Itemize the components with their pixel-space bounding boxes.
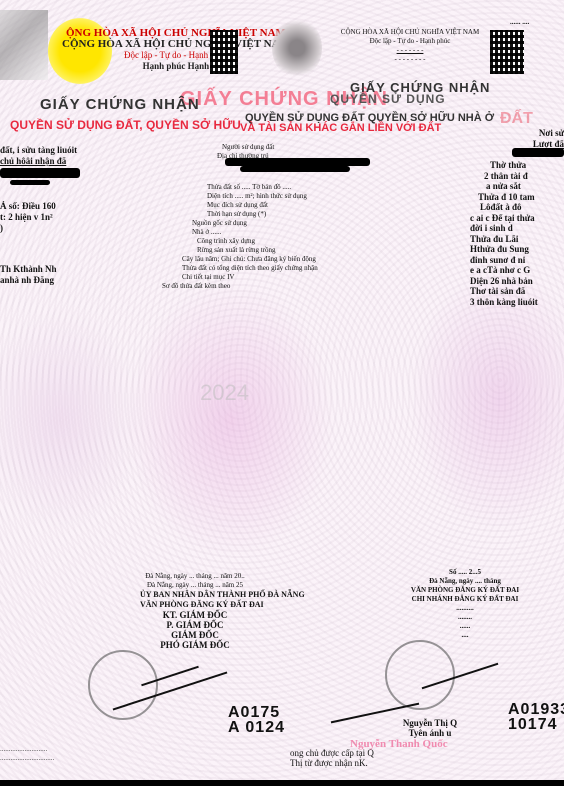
serial-right-1: A01933: [508, 702, 564, 717]
right-body-line: Nơi sử: [474, 128, 564, 139]
redaction-bar: [225, 158, 370, 166]
center-body-line: Thửa đất có tổng diện tích theo giấy chứ…: [162, 264, 318, 273]
serial-left-1: A0175: [228, 705, 285, 720]
footer-left-line: ...........................: [0, 745, 54, 754]
sig-right-line: Số ..... 2...5: [395, 568, 535, 577]
right-red-subtitle: VÀ TÀI SẢN KHÁC GẮN LIỀN VỚI ĐẤT: [240, 122, 441, 134]
serial-left-2: A 0124: [228, 720, 285, 735]
center-body-line: Sơ đồ thửa đất kèm theo: [162, 282, 318, 291]
left-body-line: Th Kthành Nh: [0, 264, 77, 275]
sig-left-line: PHÓ GIÁM ĐỐC: [140, 640, 250, 650]
right-body-text: Nơi sử Lượt đã: [474, 128, 564, 150]
document-code: ...... ....: [510, 18, 529, 27]
center-body-line: Diện tích ..... m²; hình thức sử dụng: [162, 192, 318, 201]
right-heading-2: QUYỀN SỬ DỤNG: [330, 92, 446, 106]
redaction-bar: [10, 180, 50, 185]
center-body-line: Người sử dụng đất: [162, 143, 318, 152]
sig-right-line: Đà Nẵng, ngày .... tháng: [395, 577, 535, 586]
qr-code-left-icon: [210, 30, 238, 74]
sig-left-line: Đà Nẵng, ngày ... tháng ... năm 20..: [140, 572, 250, 581]
header-left-line-2: CỘNG HÒA XÃ HỘI CHỦ NGHĨA VIỆT NAM: [62, 39, 290, 50]
watermark-year: 2024: [200, 380, 249, 406]
signer-name-2: Tyên ánh u: [390, 728, 470, 738]
center-body-line: Thời hạn sử dụng (*): [162, 210, 318, 219]
left-heading: GIẤY CHỨNG NHẬN: [40, 96, 200, 113]
left-red-subtitle: QUYỀN SỬ DỤNG ĐẤT, QUYỀN SỞ HỮU: [10, 118, 241, 132]
sig-right-line: ........: [395, 613, 535, 622]
redaction-bar: [0, 168, 80, 178]
serial-left: A0175 A 0124: [228, 705, 285, 735]
right-body-line: 2 thân tài đ: [470, 171, 564, 182]
center-body-line: Rừng sản xuất là rừng trồng: [162, 246, 318, 255]
right-body-line: Thửa đu Lãi: [470, 234, 564, 245]
left-body-text: đất, i sửu tàng liuóit chủ hôâi nhận đã …: [0, 145, 77, 286]
sig-left-line: GIÁM ĐỐC: [140, 630, 250, 640]
footer-right-line: ong chủ được cấp tại Q: [290, 748, 374, 758]
sig-right-line: CHI NHÁNH ĐĂNG KÝ ĐẤT ĐAI: [395, 595, 535, 604]
sig-left-line: KT. GIÁM ĐỐC: [140, 610, 250, 620]
official-stamp-right-icon: [385, 640, 455, 710]
header-left-line-3: Độc lập - Tự do - Hạnh phúc: [62, 50, 290, 61]
serial-right-2: 10174: [508, 717, 564, 732]
header-right-line-4: - - - - - - - -: [340, 55, 480, 64]
national-header-right: CỘNG HÒA XÃ HỘI CHỦ NGHĨA VIỆT NAM Độc l…: [340, 28, 480, 64]
sig-left-line: ỦY BAN NHÂN DÂN THÀNH PHỐ ĐÀ NẴNG: [140, 590, 250, 600]
center-body-line: Nguồn gốc sử dụng: [162, 219, 318, 228]
redaction-bar: [240, 166, 350, 172]
left-body-line: anhà nh Đăng: [0, 275, 77, 286]
redaction-bar: [512, 148, 564, 157]
header-right-line-2: Độc lập - Tự do - Hạnh phúc: [340, 37, 480, 46]
sig-left-line: VĂN PHÒNG ĐĂNG KÝ ĐẤT ĐAI: [140, 600, 250, 610]
sig-right-line: VĂN PHÒNG ĐĂNG KÝ ĐẤT ĐAI: [395, 586, 535, 595]
sig-left-line: Đà Nẵng, ngày ... tháng ... năm 25: [140, 581, 250, 590]
footer-left: ........................... ............…: [0, 745, 54, 763]
center-body-line: Mục đích sử dụng đất: [162, 201, 318, 210]
far-right-red-title: ĐẤT: [500, 110, 533, 128]
signer-name: Nguyễn Thị Q: [390, 718, 470, 728]
sig-left-line: P. GIÁM ĐỐC: [140, 620, 250, 630]
header-right-line-3: - - - - - - -: [340, 46, 480, 55]
center-body-line: Công trình xây dựng: [162, 237, 318, 246]
header-right-line-1: CỘNG HÒA XÃ HỘI CHỦ NGHĨA VIỆT NAM: [340, 28, 480, 37]
right-body-list: Thờ thửa 2 thân tài đ a nửa sắt Thửa đ 1…: [470, 160, 564, 307]
qr-code-right-icon: [490, 30, 524, 74]
left-body-line: Ả số: Điều 160: [0, 201, 77, 212]
center-body-line: Chi tiết tại mục IV: [162, 273, 318, 282]
right-body-line: c ai c Để tại thửa: [470, 213, 564, 224]
footer-left-line: ...............................: [0, 754, 54, 763]
center-body-line: Thửa đất số ..... Tờ bản đồ .....: [162, 183, 318, 192]
signer-name-right: Nguyễn Thị Q Tyên ánh u: [390, 718, 470, 738]
signature-block-right: Số ..... 2...5 Đà Nẵng, ngày .... tháng …: [395, 568, 535, 640]
left-body-line: đất, i sửu tàng liuóit: [0, 145, 77, 156]
sig-right-line: ......: [395, 622, 535, 631]
center-body-line: Nhà ở ......: [162, 228, 318, 237]
national-header-left: ỘNG HÒA XÃ HỘI CHỦ NGHĨA VIỆT NAM CỘNG H…: [62, 28, 290, 72]
right-body-line: Thửa đ 10 tam: [470, 192, 564, 203]
scan-border: [0, 780, 564, 786]
official-stamp-left-icon: [88, 650, 158, 720]
footer-right: ong chủ được cấp tại Q Thị từ được nhận …: [290, 748, 374, 768]
corner-seal-image: [0, 10, 48, 80]
gray-seal-icon: [272, 18, 322, 78]
sig-right-line: ..........: [395, 604, 535, 613]
right-body-line: Lôđất à đô: [470, 202, 564, 213]
right-body-line: a nửa sắt: [470, 181, 564, 192]
right-body-line: 3 thôn kàng liuóit: [470, 297, 564, 308]
signature-block-left: Đà Nẵng, ngày ... tháng ... năm 20.. Đà …: [140, 572, 250, 650]
right-body-line: Hthửa đu Sung: [470, 244, 564, 255]
center-body-line: Cây lâu năm; Ghi chú: Chưa đăng ký biến …: [162, 255, 318, 264]
left-body-line: ): [0, 223, 77, 234]
right-body-line: Diện 26 nhà bản: [470, 276, 564, 287]
sig-right-line: ....: [395, 631, 535, 640]
serial-right: A01933 10174: [508, 702, 564, 732]
right-body-line: Thờ thửa: [470, 160, 564, 171]
header-left-line-4: Hạnh phúc Hạnh: [62, 61, 290, 72]
right-body-line: Thơ tài sản đã: [470, 286, 564, 297]
right-body-line: e a cTà nhơ c G: [470, 265, 564, 276]
right-body-line: đời i sinh d: [470, 223, 564, 234]
left-body-line: t: 2 hiện v 1n²: [0, 212, 77, 223]
right-body-line: đinh sunơ đ ni: [470, 255, 564, 266]
left-body-line: chủ hôâi nhận đã: [0, 156, 77, 167]
footer-right-line: Thị từ được nhận nK.: [290, 758, 374, 768]
